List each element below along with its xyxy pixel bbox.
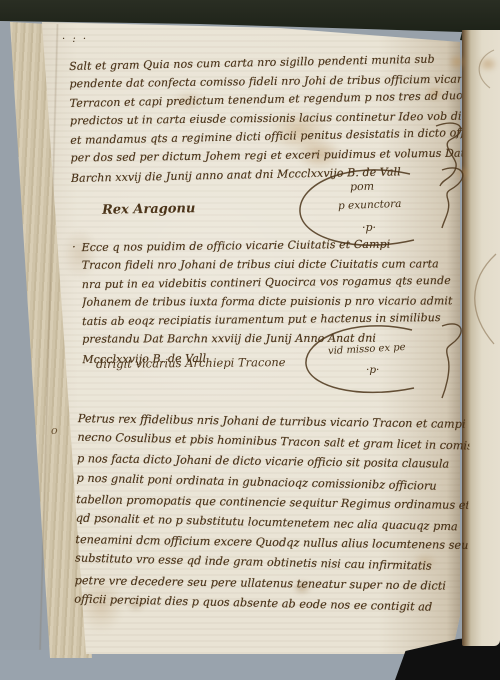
text-line: Ecce q nos puidim de officio vicarie Ciu… bbox=[82, 235, 454, 258]
margin-heading-rex-aragonum: Rex Aragonu bbox=[102, 201, 196, 218]
manuscript-photo: · : · Salt et gram Quia nos cum carta nr… bbox=[0, 0, 500, 680]
chancery-note1-line: p exunctora bbox=[338, 198, 402, 212]
facing-page-flourish bbox=[464, 252, 500, 347]
margin-circle-mark: o bbox=[51, 424, 58, 437]
chancery-note1-line: pom bbox=[350, 180, 375, 194]
facing-page-flourish bbox=[468, 46, 498, 92]
paragraph-royal-letter-1: Salt et gram Quia nos cum carta nro sigi… bbox=[69, 51, 463, 187]
address-line: dirigit vicarius Archiepi Tracone bbox=[96, 355, 286, 371]
text-line: nra put in ea videbitis contineri Quocir… bbox=[82, 272, 454, 295]
chancery-note1-line: ·p· bbox=[362, 221, 376, 234]
paragraph-royal-letter-3: Petrus rex ffidelibus nris Johani de tur… bbox=[74, 408, 470, 618]
chancery-note2-line: ·p· bbox=[366, 364, 379, 376]
paragraph-bullet: · bbox=[72, 240, 76, 254]
margin-ink-dots: · : · bbox=[62, 34, 88, 45]
